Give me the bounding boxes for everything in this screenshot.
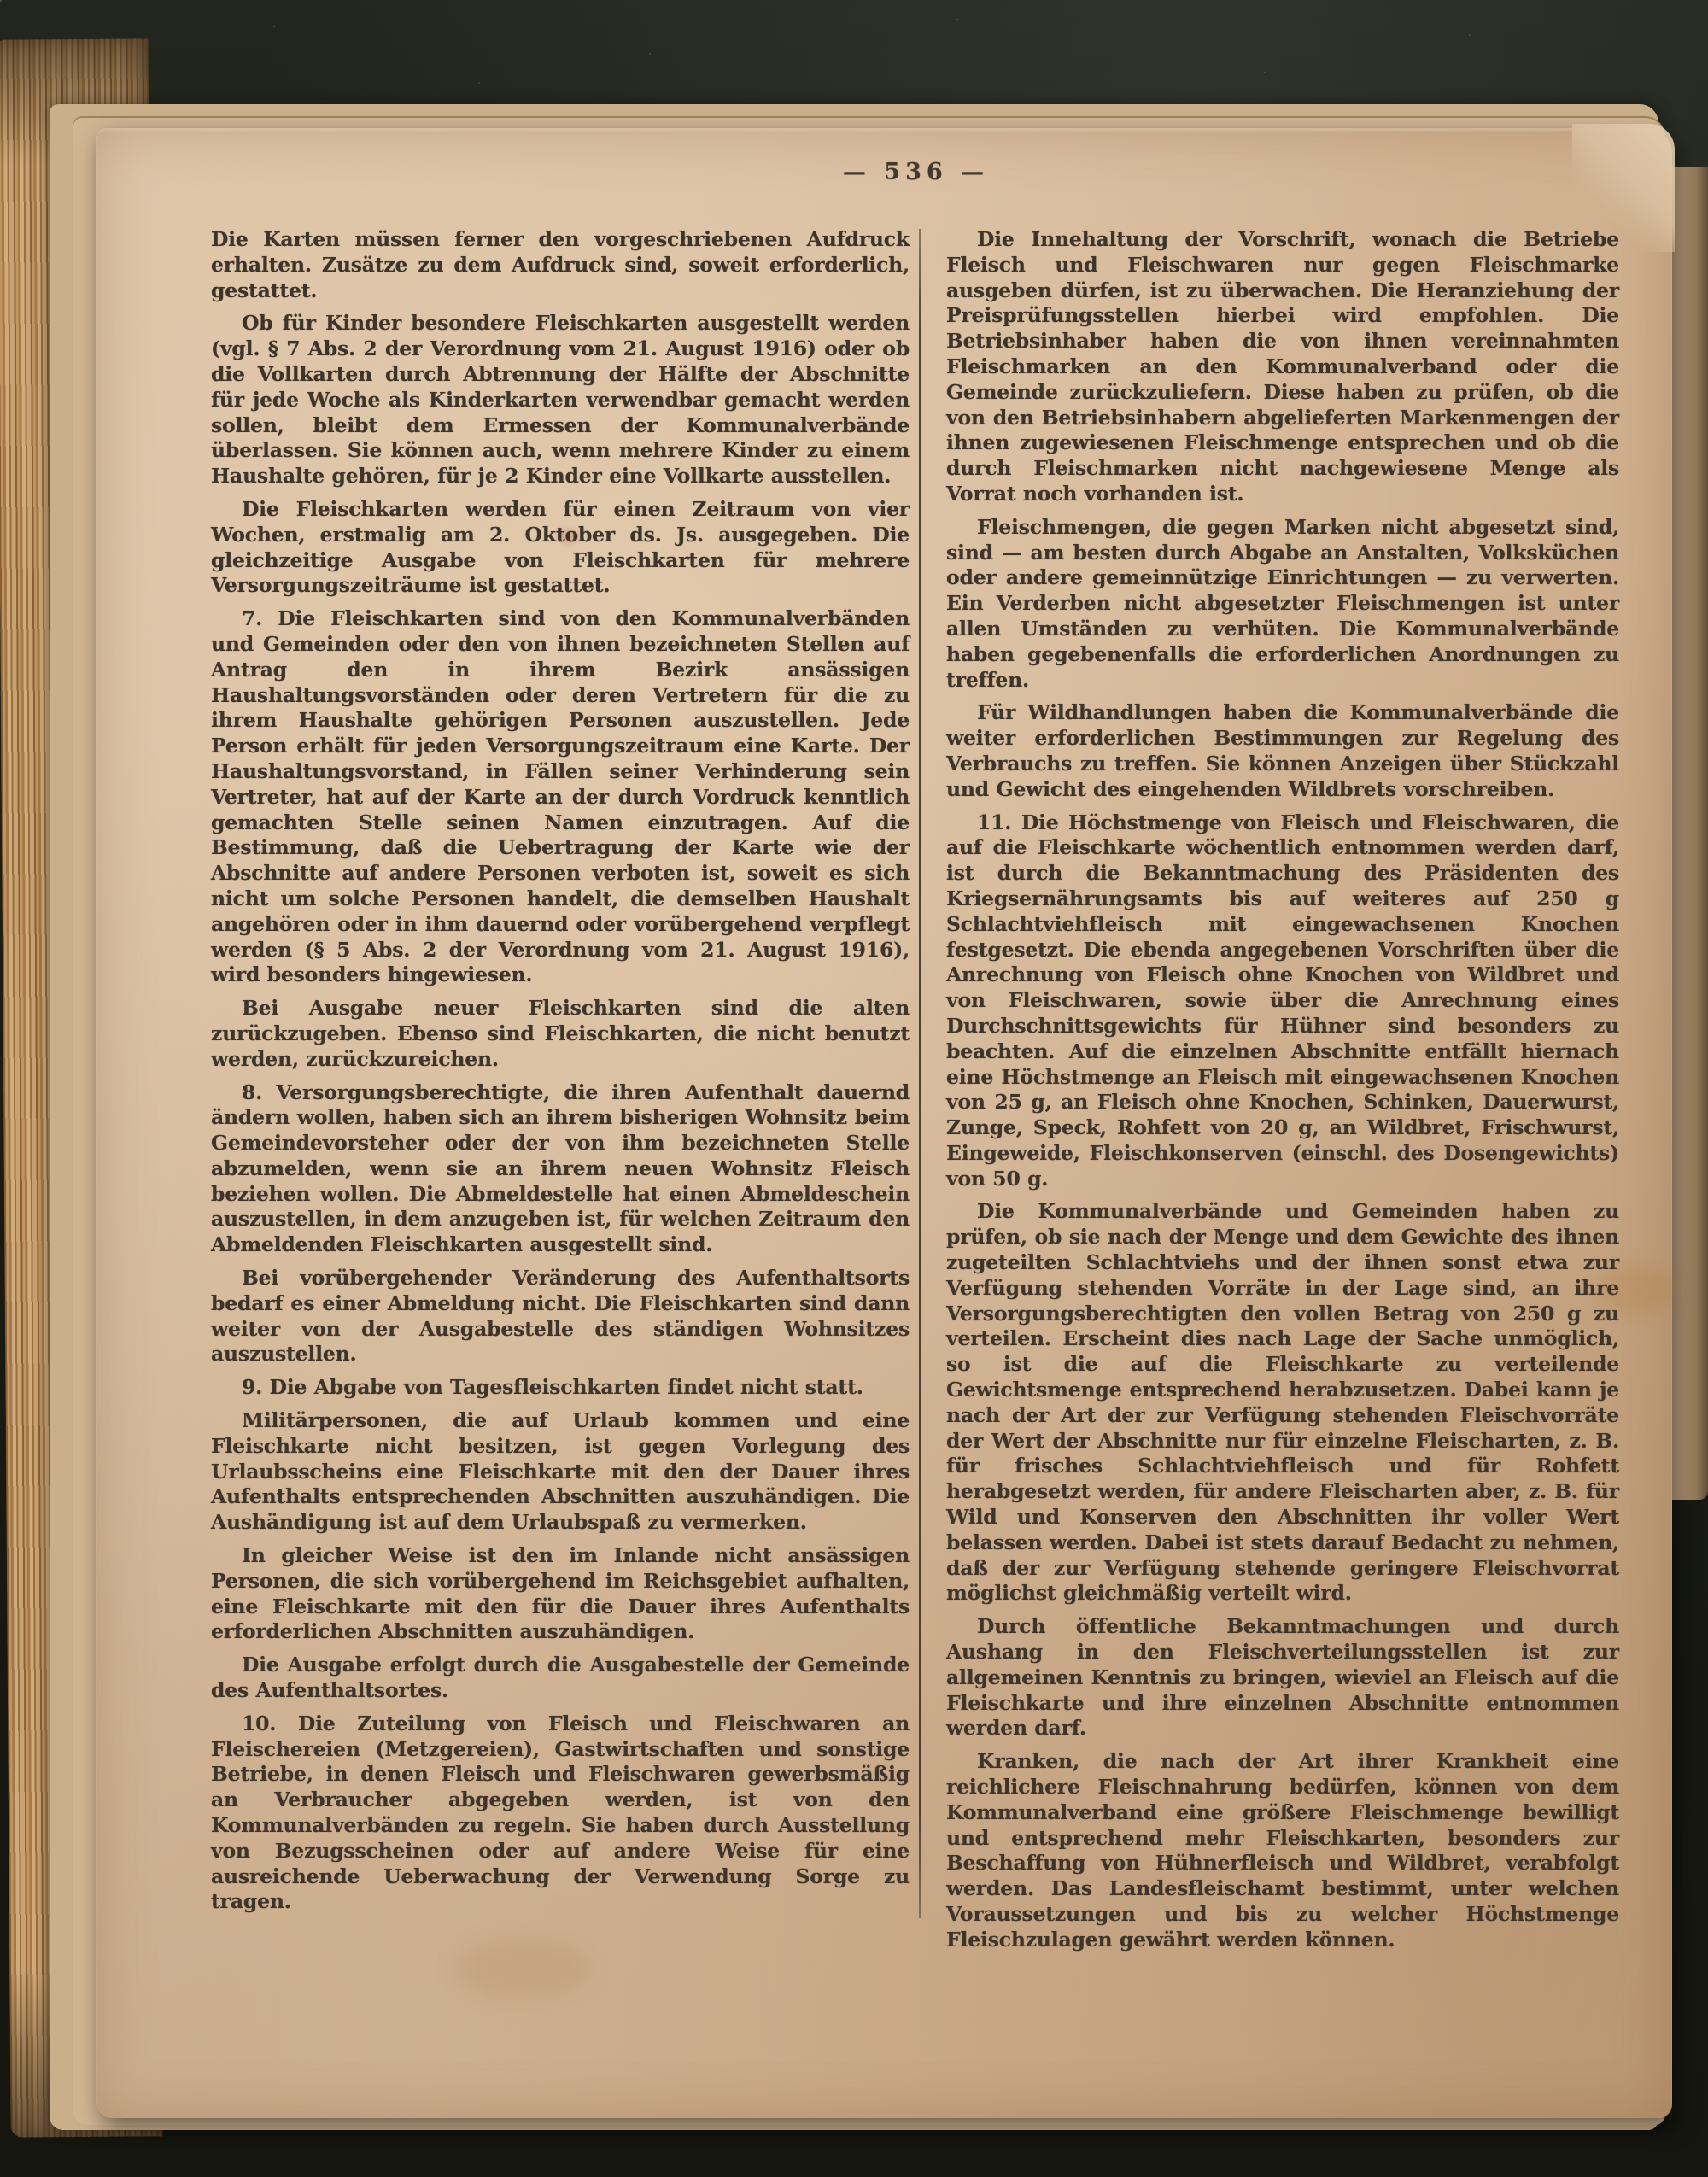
paragraph: Die Karten müssen ferner den vorgeschrie…	[211, 227, 910, 303]
paragraph: Für Wildhandlungen haben die Kommunalver…	[946, 700, 1619, 802]
paragraph: 8. Versorgungsberechtigte, die ihren Auf…	[211, 1080, 910, 1259]
book-scan-scene: — 536 — Die Karten müssen ferner den vor…	[0, 0, 1708, 2177]
paragraph: Bei vorübergehender Veränderung des Aufe…	[211, 1266, 910, 1367]
paragraph: 11. Die Höchstmenge von Fleisch und Flei…	[946, 811, 1619, 1192]
paragraph: Fleischmengen, die gegen Marken nicht ab…	[946, 515, 1619, 693]
right-text-column: Die Innehaltung der Vorschrift, wonach d…	[946, 227, 1619, 1953]
paragraph: Ob für Kinder besondere Fleischkarten au…	[211, 311, 910, 489]
paragraph: Kranken, die nach der Art ihrer Krankhei…	[946, 1749, 1619, 1952]
adjacent-page-edge	[1670, 167, 1708, 1500]
paper-stain	[454, 1939, 591, 1999]
paragraph: Die Fleischkarten werden für einen Zeitr…	[211, 497, 910, 599]
paragraph: 10. Die Zuteilung von Fleisch und Fleisc…	[211, 1712, 910, 1915]
paragraph: 9. Die Abgabe von Tagesfleischkarten fin…	[211, 1375, 910, 1401]
paragraph: 7. Die Fleischkarten sind von den Kommun…	[211, 606, 910, 988]
page-number: — 536 —	[211, 159, 1621, 185]
column-divider-rule	[919, 229, 921, 1918]
dust-specks	[0, 0, 2, 2]
paragraph: Bei Ausgabe neuer Fleischkarten sind die…	[211, 996, 910, 1072]
paragraph: In gleicher Weise ist den im Inlande nic…	[211, 1543, 910, 1645]
paragraph: Die Ausgabe erfolgt durch die Ausgabeste…	[211, 1653, 910, 1704]
paragraph: Die Innehaltung der Vorschrift, wonach d…	[946, 227, 1619, 507]
paragraph: Die Kommunalverbände und Gemeinden haben…	[946, 1199, 1619, 1606]
left-text-column: Die Karten müssen ferner den vorgeschrie…	[211, 227, 910, 1915]
paragraph: Militärpersonen, die auf Urlaub kommen u…	[211, 1408, 910, 1536]
paragraph: Durch öffentliche Bekanntmachungen und d…	[946, 1614, 1619, 1741]
